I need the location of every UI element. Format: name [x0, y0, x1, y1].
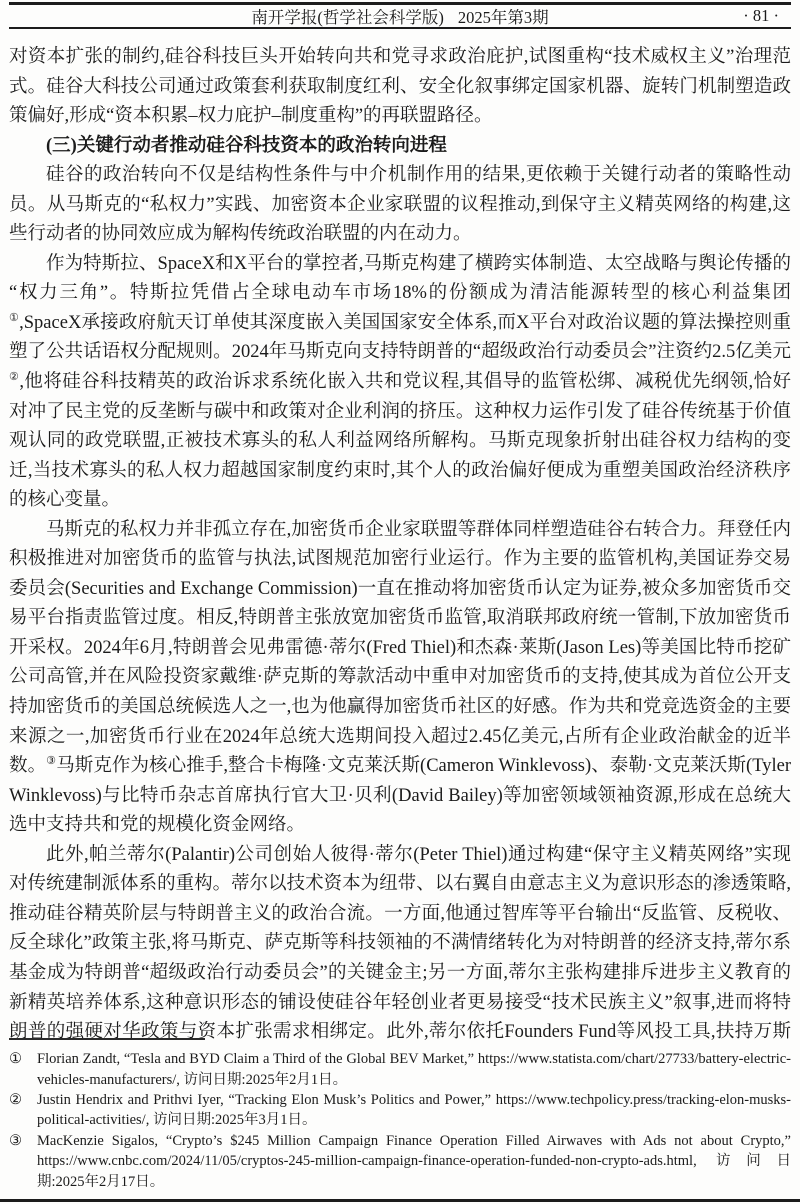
footnote-reference: ③	[46, 755, 56, 767]
footnote-text: Florian Zandt, “Tesla and BYD Claim a Th…	[37, 1051, 791, 1087]
footnote-text: Justin Hendrix and Prithvi Iyer, “Tracki…	[37, 1092, 791, 1128]
journal-page: 南开学报(哲学社会科学版) 2025年第3期 · 81 · 对资本扩张的制约,硅…	[0, 0, 800, 1204]
body-paragraph-continuation: 对资本扩张的制约,硅谷科技巨头开始转向共和党寻求政治庇护,试图重构“技术威权主义…	[9, 43, 791, 132]
footnote-reference: ①	[9, 312, 19, 324]
footnote-text: MacKenzie Sigalos, “Crypto’s $245 Millio…	[37, 1133, 791, 1190]
footnote-marker: ③	[9, 1131, 22, 1151]
body-paragraph: 作为特斯拉、SpaceX和X平台的掌控者,马斯克构建了横跨实体制造、太空战略与舆…	[9, 250, 791, 516]
journal-issue: 2025年第3期	[458, 4, 549, 28]
footnote: ③ MacKenzie Sigalos, “Crypto’s $245 Mill…	[9, 1131, 791, 1192]
page-bottom-rule	[0, 1199, 800, 1202]
footnote: ① Florian Zandt, “Tesla and BYD Claim a …	[9, 1049, 791, 1090]
footnote-reference: ②	[9, 371, 19, 383]
body-paragraph: 马斯克的私权力并非孤立存在,加密货币企业家联盟等群体同样塑造硅谷右转合力。拜登任…	[9, 516, 791, 841]
footnote: ② Justin Hendrix and Prithvi Iyer, “Trac…	[9, 1090, 791, 1131]
journal-title: 南开学报(哲学社会科学版)	[251, 4, 444, 28]
body-paragraph: 此外,帕兰蒂尔(Palantir)公司创始人彼得·蒂尔(Peter Thiel)…	[9, 841, 791, 1051]
page-number: · 81 ·	[743, 6, 779, 26]
body-paragraph: 硅谷的政治转向不仅是结构性条件与中介机制作用的结果,更依赖于关键行动者的策略性动…	[9, 161, 791, 250]
section-heading: (三)关键行动者推动硅谷科技资本的政治转向进程	[9, 132, 791, 162]
page-header: 南开学报(哲学社会科学版) 2025年第3期 · 81 ·	[9, 2, 791, 29]
footnote-marker: ①	[9, 1049, 22, 1069]
footnote-separator	[9, 1038, 205, 1040]
article-body: 对资本扩张的制约,硅谷科技巨头开始转向共和党寻求政治庇护,试图重构“技术威权主义…	[9, 43, 791, 1051]
footnote-marker: ②	[9, 1090, 22, 1110]
running-head: 南开学报(哲学社会科学版) 2025年第3期	[251, 4, 548, 28]
footnotes-section: ① Florian Zandt, “Tesla and BYD Claim a …	[9, 1038, 791, 1192]
